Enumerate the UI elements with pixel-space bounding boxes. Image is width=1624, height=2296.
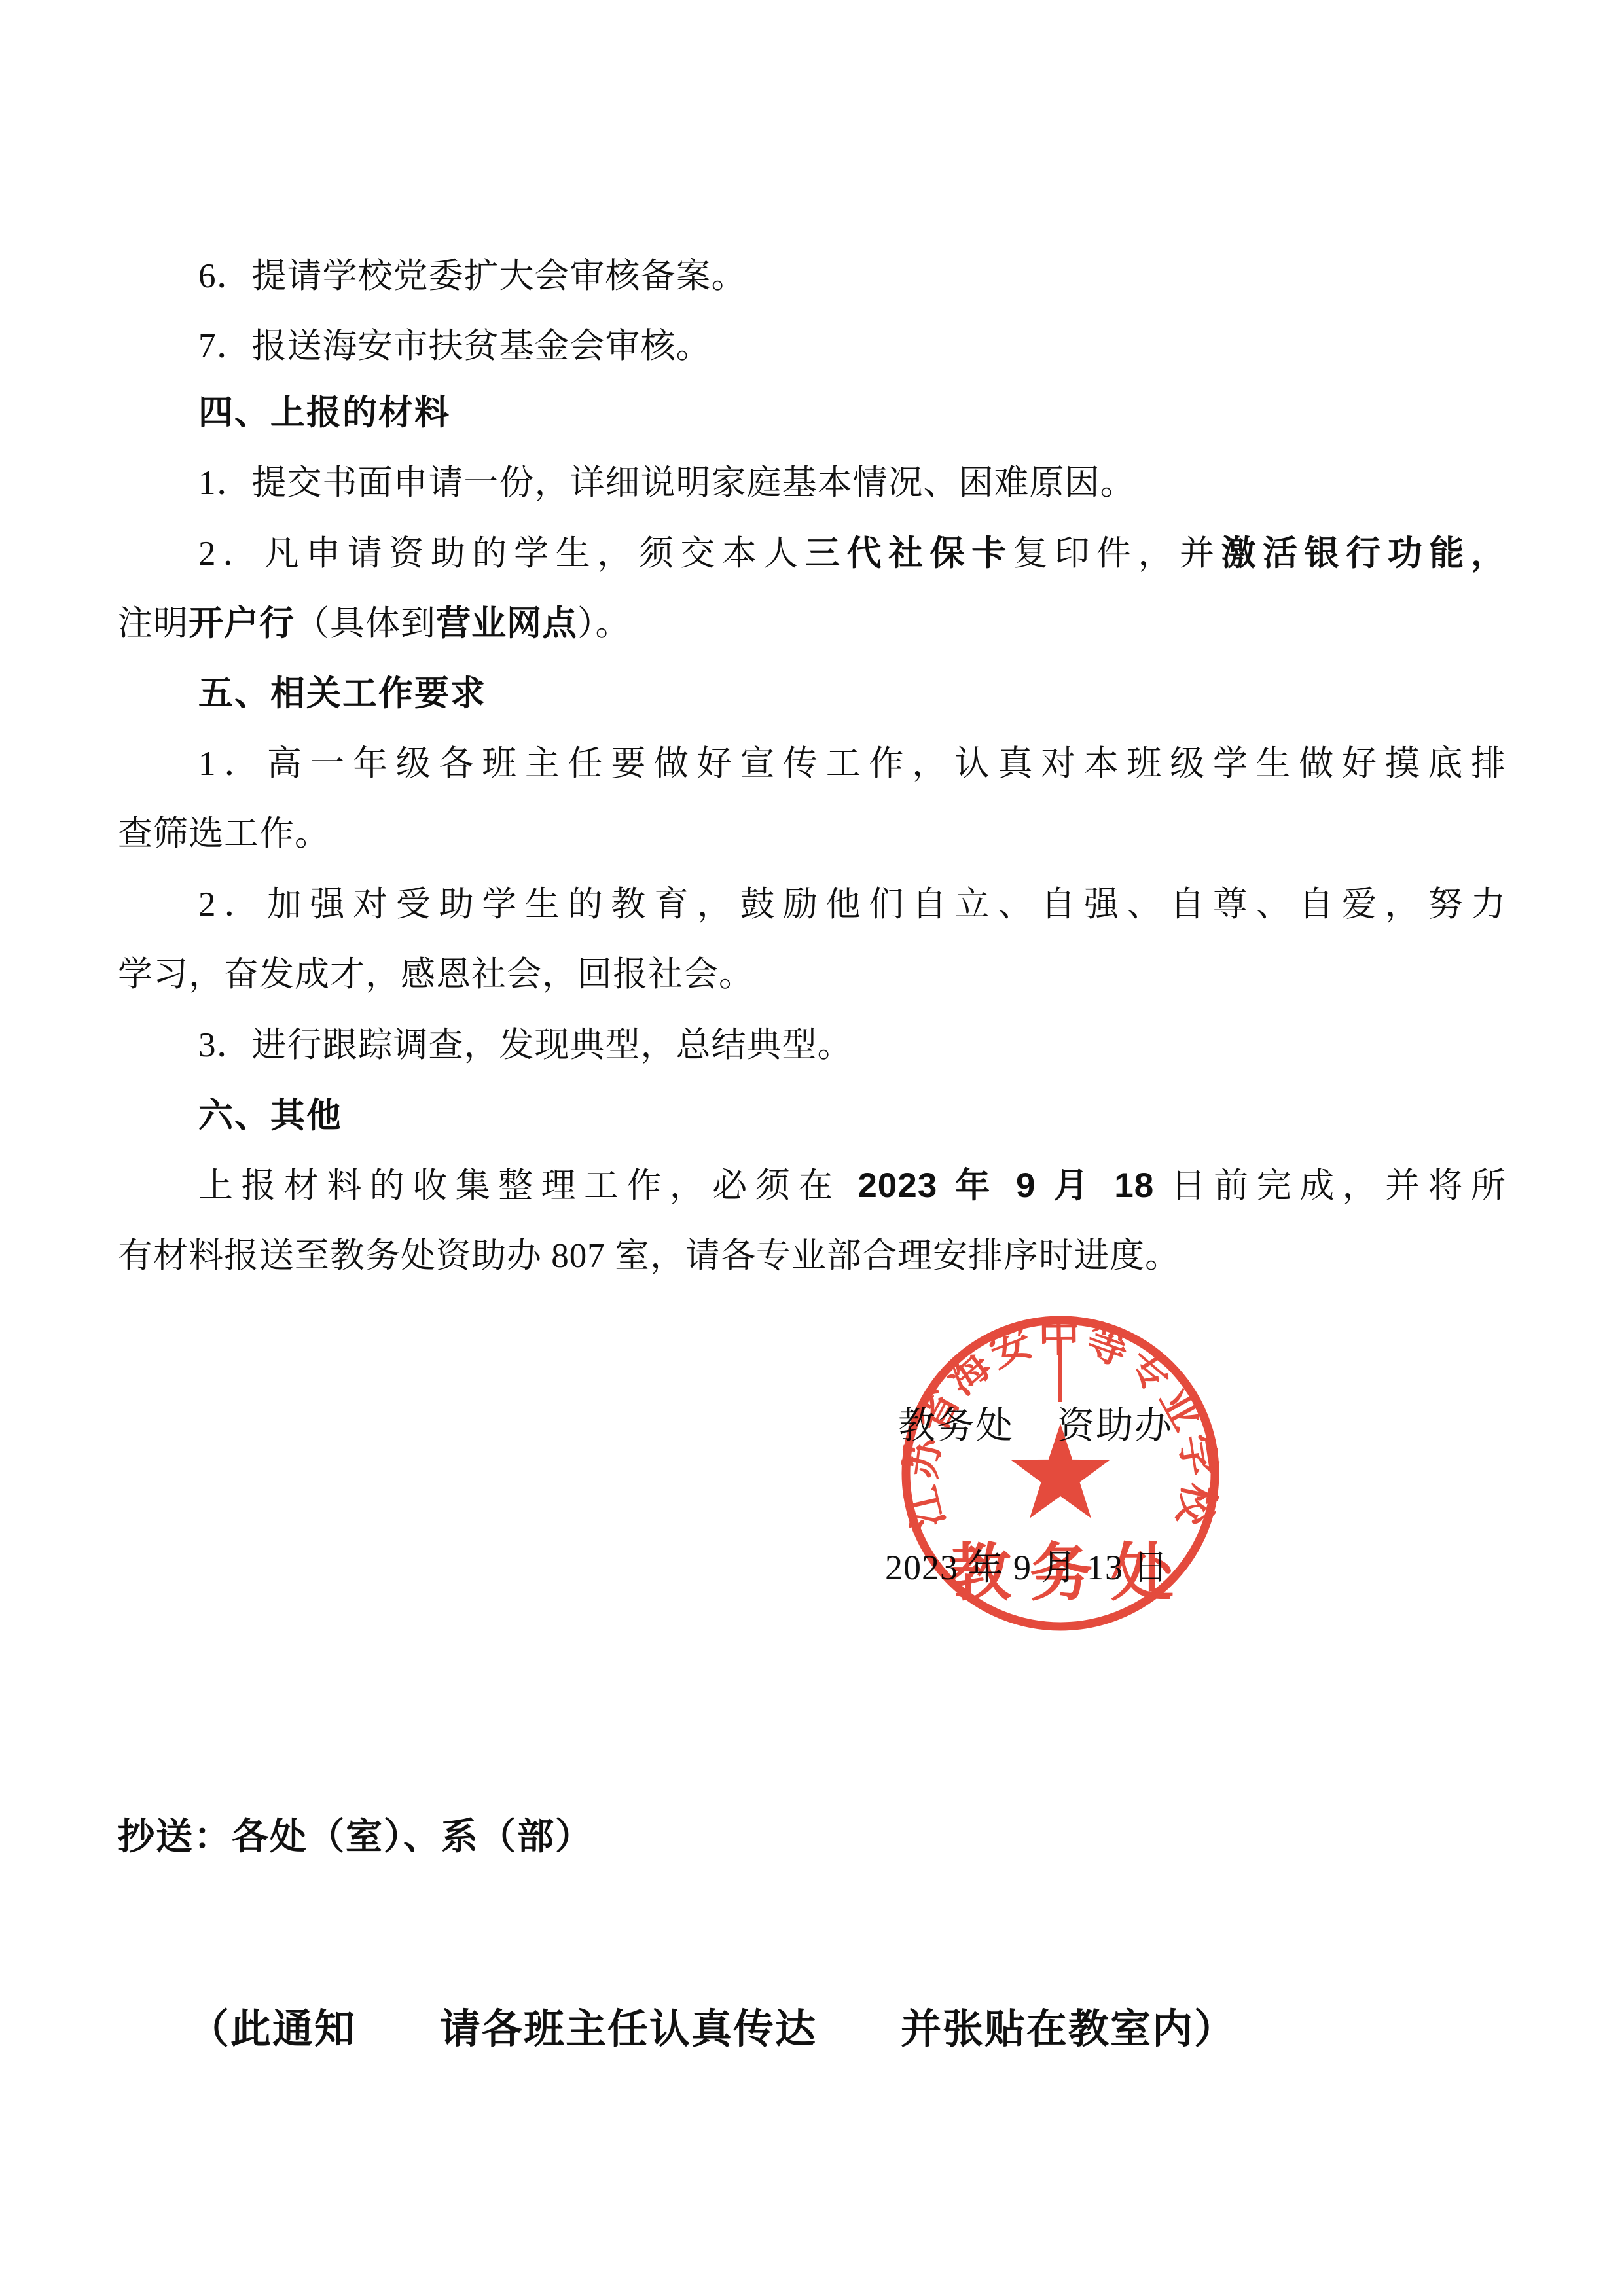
text-run: 学习，奋发成才，感恩社会，回报社会。 — [118, 956, 754, 994]
body-line: 6．提请学校党委扩大会审核备案。 — [118, 257, 747, 296]
text-run: 查筛选工作。 — [118, 815, 330, 853]
text-run: （具体到 — [295, 605, 436, 643]
text-run: 7．报送海安市扶贫基金会审核。 — [198, 327, 712, 365]
text-run: 注明 — [118, 605, 189, 643]
body-line: 注明开户行（具体到营业网点）。 — [118, 604, 631, 643]
emphasis-text-run: 开户行 — [189, 604, 295, 643]
official-stamp: 江苏省海安中等专业学校 教务处 — [901, 1314, 1222, 1632]
text-run: ）。 — [577, 605, 631, 643]
text-run: 五、相关工作要求 — [198, 674, 486, 713]
body-line: 3．进行跟踪调查，发现典型，总结典型。 — [118, 1026, 853, 1065]
text-run: 3．进行跟踪调查，发现典型，总结典型。 — [198, 1026, 853, 1064]
text-run: 四、上报的材料 — [198, 393, 450, 432]
section-heading: 四、上报的材料 — [118, 393, 450, 432]
body-line: 上报材料的收集整理工作，必须在 2023 年 9 月 18 日前完成，并将所 — [118, 1166, 1506, 1206]
emphasis-text-run: 三代社保卡 — [805, 534, 1013, 573]
emphasis-text-run: 2023 年 9 月 18 — [857, 1166, 1154, 1205]
body-line: 查筛选工作。 — [118, 815, 330, 853]
text-run: 6．提请学校党委扩大会审核备案。 — [198, 257, 747, 295]
body-line: 学习，奋发成才，感恩社会，回报社会。 — [118, 956, 754, 994]
text-run: 1．高一年级各班主任要做好宣传工作，认真对本班级学生做好摸底排 — [198, 745, 1506, 783]
body-line: 2．凡申请资助的学生，须交本人三代社保卡复印件，并激活银行功能， — [118, 534, 1506, 573]
text-run: 2．加强对受助学生的教育，鼓励他们自立、自强、自尊、自爱，努力 — [198, 886, 1506, 924]
text-run: 日前完成，并将所 — [1154, 1167, 1506, 1205]
text-run: 有材料报送至教务处资助办 807 室，请各专业部合理安排序时进度。 — [118, 1237, 1180, 1275]
cc-line: 抄送：各处（室）、系（部） — [118, 1808, 593, 1860]
section-heading: 五、相关工作要求 — [118, 674, 486, 713]
classroom-notice: （此通知 请各班主任认真传达 并张贴在教室内） — [189, 1996, 1236, 2054]
body-line: 2．加强对受助学生的教育，鼓励他们自立、自强、自尊、自爱，努力 — [118, 886, 1506, 924]
section-heading: 六、其他 — [118, 1096, 342, 1135]
emphasis-text-run: 激活银行功能， — [1221, 534, 1506, 573]
stamp-ring-text: 江苏省海安中等专业学校 — [901, 1315, 1222, 1533]
text-run: 1．提交书面申请一份，详细说明家庭基本情况、困难原因。 — [198, 464, 1136, 502]
text-run: 上报材料的收集整理工作，必须在 — [198, 1167, 857, 1205]
body-line: 7．报送海安市扶贫基金会审核。 — [118, 327, 712, 366]
stamp-star-icon — [1011, 1424, 1110, 1518]
emphasis-text-run: 营业网点 — [436, 604, 577, 643]
text-run: 复印件，并 — [1013, 535, 1221, 573]
body-line: 有材料报送至教务处资助办 807 室，请各专业部合理安排序时进度。 — [118, 1237, 1180, 1276]
body-line: 1．高一年级各班主任要做好宣传工作，认真对本班级学生做好摸底排 — [118, 745, 1506, 783]
text-run: 2．凡申请资助的学生，须交本人 — [198, 535, 805, 573]
text-run: 六、其他 — [198, 1096, 342, 1135]
document-page: 6．提请学校党委扩大会审核备案。7．报送海安市扶贫基金会审核。四、上报的材料1．… — [0, 0, 1624, 2296]
stamp-center-text: 教务处 — [948, 1538, 1192, 1608]
body-line: 1．提交书面申请一份，详细说明家庭基本情况、困难原因。 — [118, 464, 1136, 503]
